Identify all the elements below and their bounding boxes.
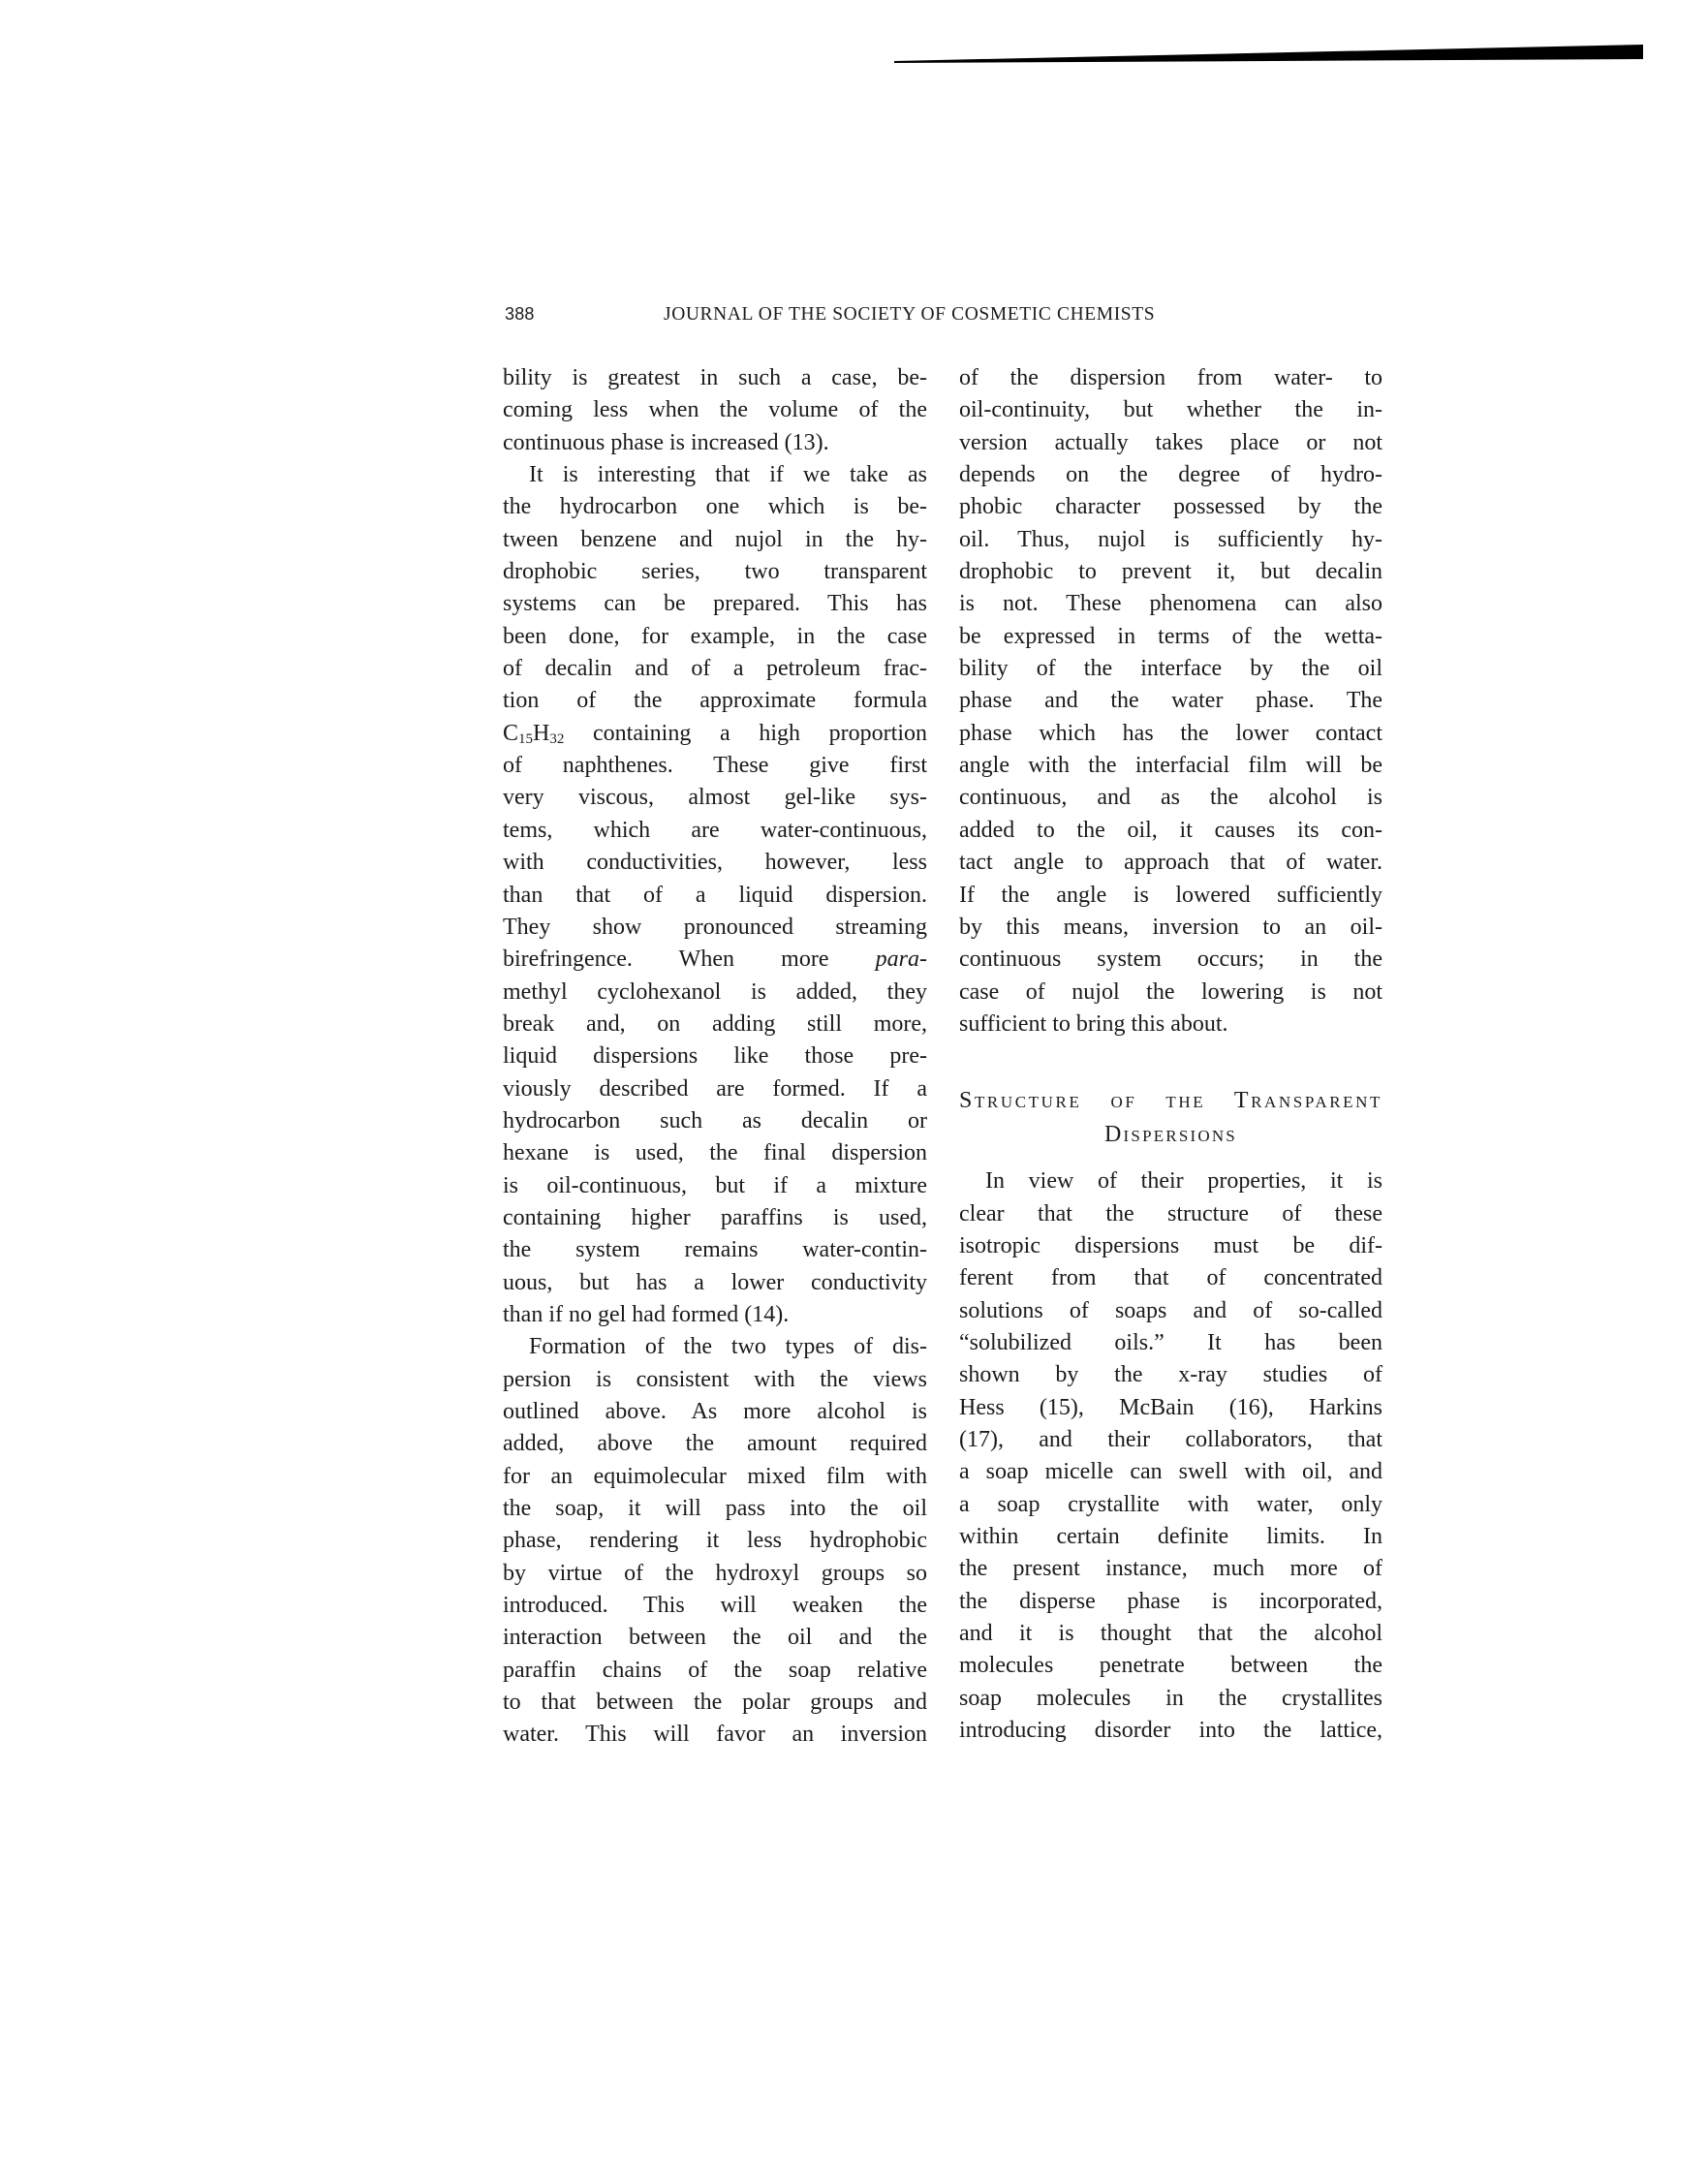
text-line: bility of the interface by the oil [959,653,1382,685]
text-line: coming less when the volume of the [503,394,927,426]
text-line: for an equimolecular mixed film with [503,1461,927,1493]
text-line: be expressed in terms of the wetta- [959,621,1382,653]
text-line: case of nujol the lowering is not [959,977,1382,1009]
text-line: They show pronounced streaming [503,912,927,944]
text-line: break and, on adding still more, [503,1009,927,1040]
section-heading-line-2: Dispersions [959,1118,1382,1152]
text-line: added, above the amount required [503,1428,927,1460]
text-line: tact angle to approach that of water. [959,847,1382,879]
right-column: of the dispersion from water- to oil-con… [959,362,1382,1747]
text-line: continuous phase is increased (13). [503,427,927,459]
text-line: liquid dispersions like those pre- [503,1040,927,1072]
text-line: shown by the x-ray studies of [959,1359,1382,1391]
text-line: of the dispersion from water- to [959,362,1382,394]
text-line: the soap, it will pass into the oil [503,1493,927,1525]
section-heading: Structure of the Transparent Dispersions [959,1084,1382,1152]
text-line: of decalin and of a petroleum frac- [503,653,927,685]
text-line: than that of a liquid dispersion. [503,880,927,912]
text-line: If the angle is lowered sufficiently [959,880,1382,912]
text-line: the present instance, much more of [959,1553,1382,1585]
page-number: 388 [505,304,535,325]
paragraph-start-line: In view of their properties, it is [959,1165,1382,1197]
spacer [959,1040,1382,1084]
text-line: uous, but has a lower conductivity [503,1267,927,1299]
italic-term: para- [876,947,927,972]
text-line: hexane is used, the final dispersion [503,1137,927,1169]
text-line: persion is consistent with the views [503,1364,927,1396]
text-line: paraffin chains of the soap relative [503,1655,927,1687]
text-line: drophobic series, two transparent [503,556,927,588]
text-line: ferent from that of concentrated [959,1262,1382,1294]
text-line: (17), and their collaborators, that [959,1424,1382,1456]
running-head: 388 JOURNAL OF THE SOCIETY OF COSMETIC C… [503,304,1239,331]
text-line: phase and the water phase. The [959,685,1382,717]
text-line: depends on the degree of hydro- [959,459,1382,491]
text-line: “solubilized oils.” It has been [959,1327,1382,1359]
text-line: outlined above. As more alcohol is [503,1396,927,1428]
text-line: methyl cyclohexanol is added, they [503,977,927,1009]
text-line: version actually takes place or not [959,427,1382,459]
text-line: the system remains water-contin- [503,1234,927,1266]
text-line: containing higher paraffins is used, [503,1202,927,1234]
paragraph-start-line: Formation of the two types of dis- [503,1331,927,1363]
text-line: water. This will favor an inversion [503,1719,927,1751]
text-line: tion of the approximate formula [503,685,927,717]
formula-line: C15H32 containing a high proportion [503,718,927,750]
text-line: and it is thought that the alcohol [959,1618,1382,1650]
text-line: systems can be prepared. This has [503,588,927,620]
text-line: soap molecules in the crystallites [959,1683,1382,1715]
top-rule [0,0,1708,78]
text-line: angle with the interfacial film will be [959,750,1382,782]
text-line: continuous, and as the alcohol is [959,782,1382,814]
left-column: bility is greatest in such a case, be- c… [503,362,927,1752]
formula-carbon-subscript: 15 [518,731,533,747]
text-line: been done, for example, in the case [503,621,927,653]
text-line: Hess (15), McBain (16), Harkins [959,1392,1382,1424]
text-line: added to the oil, it causes its con- [959,815,1382,847]
text-line: isotropic dispersions must be dif- [959,1230,1382,1262]
italic-line: birefringence. When more para- [503,944,927,976]
text-line: tems, which are water-continuous, [503,815,927,847]
formula-carbon: C [503,721,518,746]
text-line: than if no gel had formed (14). [503,1299,927,1331]
formula-line-text: containing a high proportion [593,721,927,746]
text-line: very viscous, almost gel-like sys- [503,782,927,814]
text-line: with conductivities, however, less [503,847,927,879]
text-line: introducing disorder into the lattice, [959,1715,1382,1747]
text-line: a soap crystallite with water, only [959,1489,1382,1521]
text-line: phobic character possessed by the [959,491,1382,523]
text-line: oil. Thus, nujol is sufficiently hy- [959,524,1382,556]
paragraph-start-line: It is interesting that if we take as [503,459,927,491]
text-line: solutions of soaps and of so-called [959,1295,1382,1327]
text-line: clear that the structure of these [959,1198,1382,1230]
spacer [959,1152,1382,1165]
text-line: the disperse phase is incorporated, [959,1586,1382,1618]
text-line: phase, rendering it less hydrophobic [503,1525,927,1557]
chemical-formula: C15H32 [503,721,564,746]
text-line: oil-continuity, but whether the in- [959,394,1382,426]
journal-title: JOURNAL OF THE SOCIETY OF COSMETIC CHEMI… [664,304,1155,326]
text-line: continuous system occurs; in the [959,944,1382,976]
text-line: viously described are formed. If a [503,1073,927,1105]
text-line: within certain definite limits. In [959,1521,1382,1553]
section-heading-line-1: Structure of the Transparent [959,1084,1382,1118]
text-line: sufficient to bring this about. [959,1009,1382,1040]
text-line: introduced. This will weaken the [503,1590,927,1622]
text-line: drophobic to prevent it, but decalin [959,556,1382,588]
text-line: a soap micelle can swell with oil, and [959,1456,1382,1488]
text-line: by this means, inversion to an oil- [959,912,1382,944]
text-line: is oil-continuous, but if a mixture [503,1170,927,1202]
italic-line-text: birefringence. When more [503,947,828,972]
text-line: the hydrocarbon one which is be- [503,491,927,523]
text-line: by virtue of the hydroxyl groups so [503,1558,927,1590]
text-line: bility is greatest in such a case, be- [503,362,927,394]
text-line: phase which has the lower contact [959,718,1382,750]
text-line: to that between the polar groups and [503,1687,927,1719]
text-line: tween benzene and nujol in the hy- [503,524,927,556]
text-line: hydrocarbon such as decalin or [503,1105,927,1137]
text-line: is not. These phenomena can also [959,588,1382,620]
formula-hydrogen: H [533,721,549,746]
text-line: molecules penetrate between the [959,1650,1382,1682]
text-line: of naphthenes. These give first [503,750,927,782]
formula-hydrogen-subscript: 32 [549,731,564,747]
text-line: interaction between the oil and the [503,1622,927,1654]
